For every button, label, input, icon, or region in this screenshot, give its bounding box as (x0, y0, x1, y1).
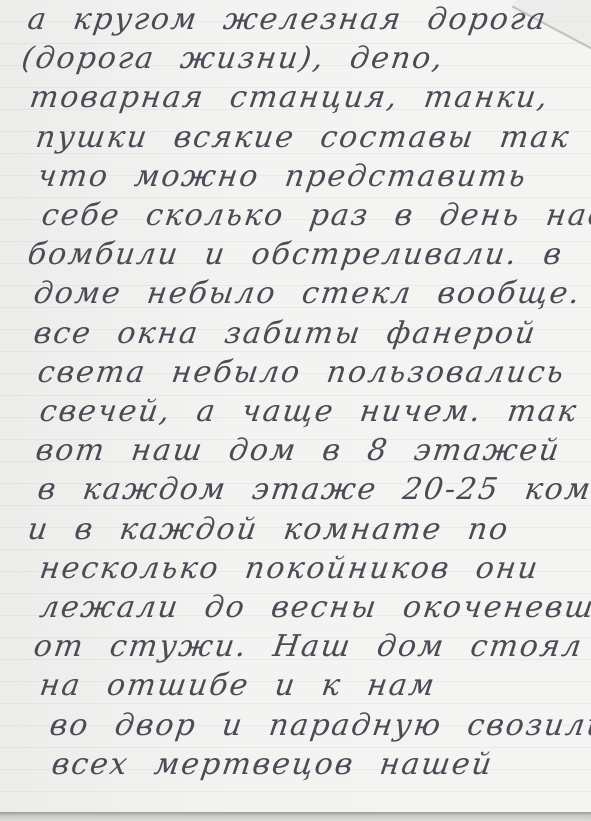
text-line-20: всех мертвецов нашей (50, 747, 496, 782)
text-line-12: вот наш дом в 8 этажей (34, 433, 563, 468)
text-line-4: пушки всякие составы так (34, 120, 573, 155)
text-line-11: свечей, а чаще ничем. так (38, 394, 581, 429)
text-line-16: лежали до весны окоченевшие (38, 590, 591, 625)
text-line-7: бомбили и обстреливали. в (26, 237, 566, 272)
text-line-17: от стужи. Наш дом стоял (32, 629, 586, 664)
text-line-6: себе сколько раз в день нас (40, 198, 591, 233)
text-line-3: товарная станция, танки, (28, 80, 552, 115)
text-line-14: и в каждой комнате по (26, 512, 512, 547)
text-line-18: на отшибе и к нам (38, 668, 439, 703)
text-line-5: что можно представить (36, 159, 530, 194)
text-line-10: света небыло пользовались (36, 355, 568, 390)
text-line-8: доме небыло стекл вообще. (32, 276, 584, 311)
page-bottom-edge (0, 812, 591, 821)
text-line-1: а кругом железная дорога (26, 2, 550, 37)
text-line-9: все окна забиты фанерой (32, 316, 539, 351)
text-line-19: во двор и парадную свозили (48, 708, 591, 743)
text-line-15: несколько покойников они (38, 551, 542, 586)
text-line-2: (дорога жизни), депо, (20, 41, 447, 76)
notebook-page: а кругом железная дорога (дорога жизни),… (0, 0, 591, 812)
text-line-13: в каждом этаже 20-25 комнат (36, 472, 591, 507)
